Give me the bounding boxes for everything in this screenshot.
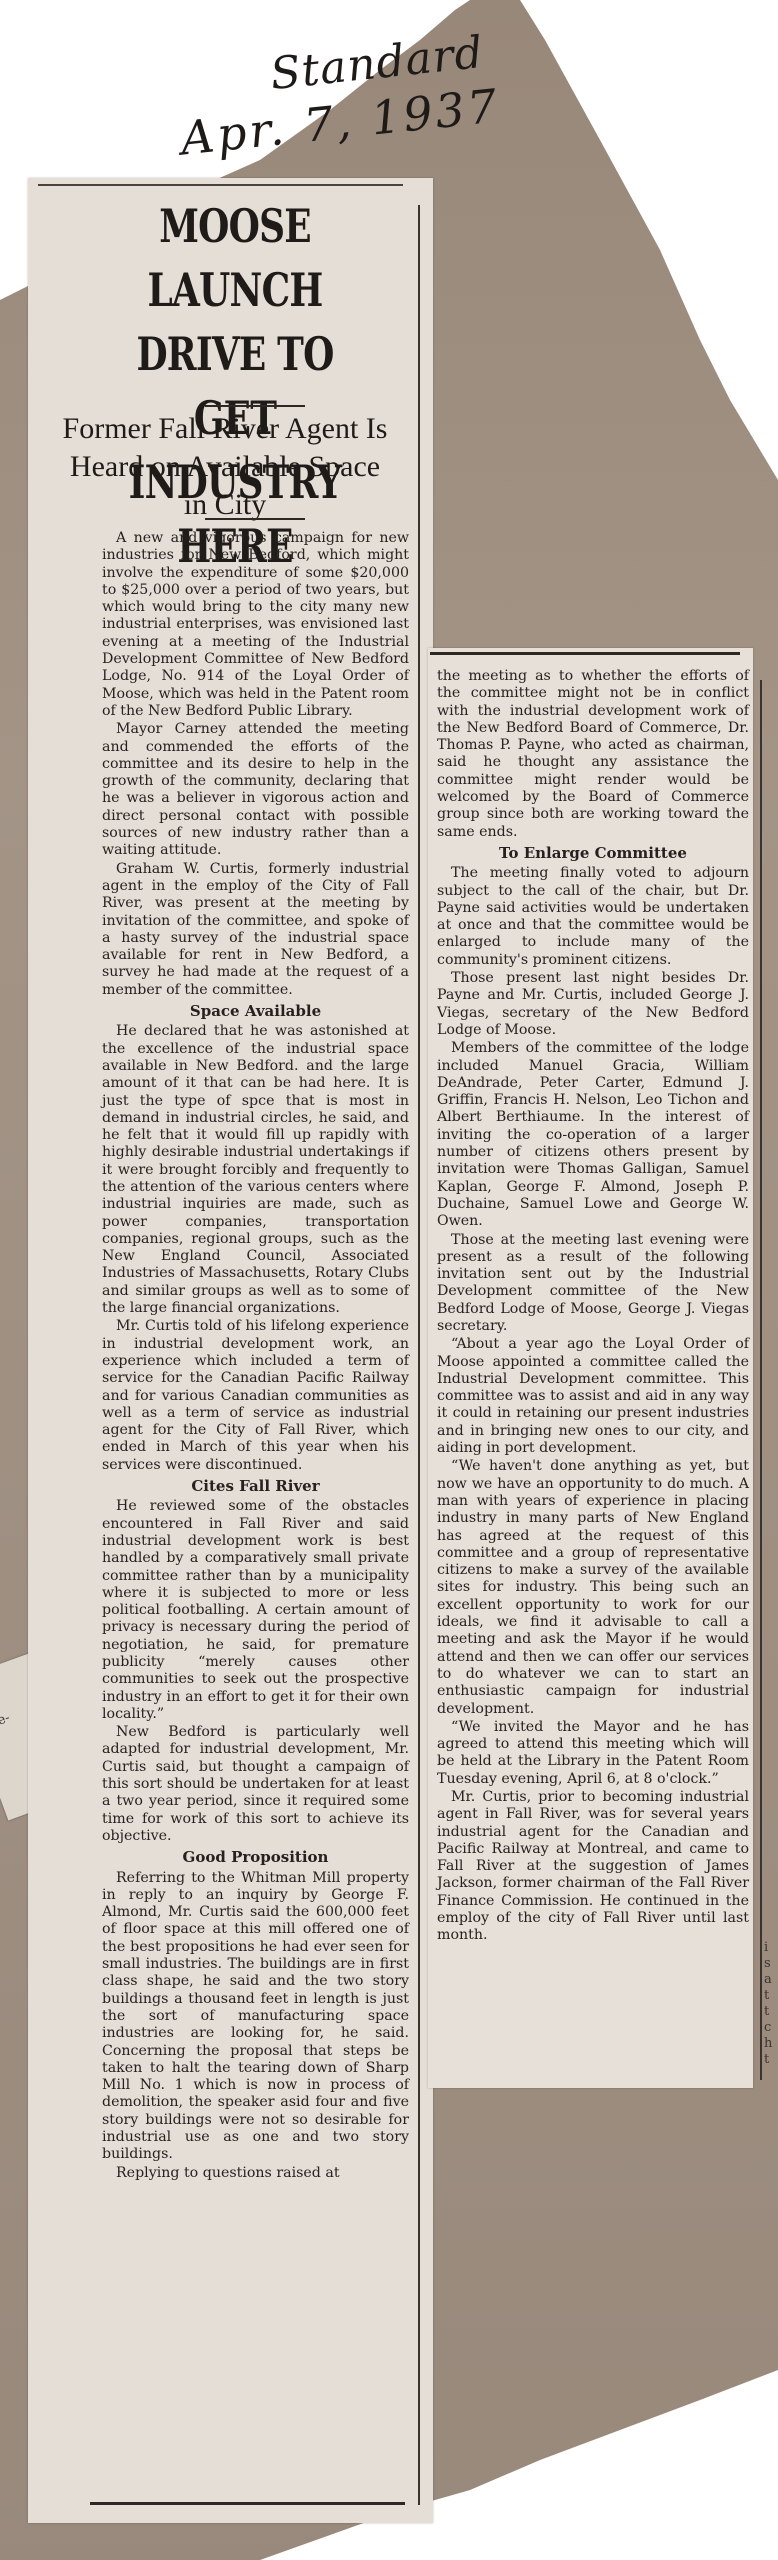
section-subhead: Good Proposition (102, 1849, 409, 1866)
paragraph: Replying to questions raised at (102, 2165, 409, 2182)
column-rule (760, 680, 762, 2080)
paragraph: Members of the committee of the lodge in… (437, 1040, 749, 1230)
margin-fragment: i s a t t c h t (764, 1940, 776, 2068)
paragraph: “We invited the Mayor and he has agreed … (437, 1719, 749, 1788)
top-rule (38, 184, 403, 186)
paragraph: Mr. Curtis told of his lifelong experien… (102, 1318, 409, 1474)
paragraph: “About a year ago the Loyal Order of Moo… (437, 1336, 749, 1457)
section-subhead: Cites Fall River (102, 1478, 409, 1495)
paragraph: Graham W. Curtis, formerly industrial ag… (102, 861, 409, 999)
column-rule (418, 205, 420, 2505)
article-column-right: the meeting as to whether the efforts of… (437, 668, 749, 1946)
bottom-rule (90, 2502, 405, 2505)
paragraph: Those present last night besides Dr. Pay… (437, 970, 749, 1039)
headline-rule (205, 405, 305, 407)
paragraph: Referring to the Whitman Mill property i… (102, 1870, 409, 2164)
rule (430, 652, 740, 655)
section-subhead: To Enlarge Committee (437, 845, 749, 862)
headline-line: MOOSE LAUNCH (106, 194, 363, 322)
section-subhead: Space Available (102, 1003, 409, 1020)
paragraph: He reviewed some of the obstacles encoun… (102, 1498, 409, 1723)
deck-rule (205, 518, 305, 520)
article-column-left: A new and vigorous campaign for new indu… (102, 530, 409, 2183)
paragraph: New Bedford is particularly well adapted… (102, 1724, 409, 1845)
paragraph: He declared that he was astonished at th… (102, 1023, 409, 1317)
paragraph: Mayor Carney attended the meeting and co… (102, 721, 409, 859)
paragraph: the meeting as to whether the efforts of… (437, 668, 749, 841)
paragraph: The meeting finally voted to adjourn sub… (437, 865, 749, 969)
paragraph: Mr. Curtis, prior to becoming industrial… (437, 1789, 749, 1945)
paragraph: Those at the meeting last evening were p… (437, 1232, 749, 1336)
paragraph: A new and vigorous campaign for new indu… (102, 530, 409, 720)
paragraph: “We haven't done anything as yet, but no… (437, 1458, 749, 1717)
deck-subheadline: Former Fall River Agent Is Heard on Avai… (60, 410, 390, 524)
